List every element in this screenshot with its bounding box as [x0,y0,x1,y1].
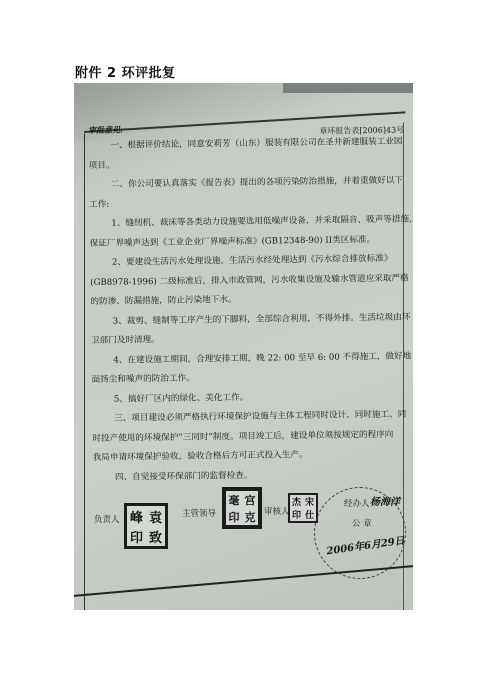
text-line: 三、项目建设必须严格执行环境保护设施与主体工程同时设计、同时施工、同 [92,410,406,424]
supervisor-seal: 毫 宫 印 克 [222,487,262,529]
responsible-label: 负责人 [94,513,120,525]
official-seal-text: 公 章 [352,517,372,529]
text-line: 时投产使用的环境保护“三同时”制度。项目竣工后，建设单位须按规定的程序向 [92,429,393,443]
text-line: 二、你公司要认真落实《报告表》提出的各项污染防治措施，并着重做好以下 [89,176,403,190]
handler-label: 经办人 [344,497,370,509]
reviewer-seal: 杰 宋 印 仕 [288,493,318,523]
text-line: 5、搞好厂区内的绿化、美化工作。 [92,392,248,404]
document-photo: 审批意见: 一、根据评价结论，同意安莉芳（山东）服装有限公司在圣井新建服装工业园… [74,83,413,610]
text-line: 我局申请环境保护验收，验收合格后方可正式投入生产。 [93,450,308,463]
attachment-heading: 附件 2 环评批复 [75,62,176,81]
section-label: 审批意见: [88,125,123,135]
responsible-seal: 峰 袁 印 致 [124,503,168,549]
handler-signature: 杨海洋 [370,493,400,508]
text-line: 项目。 [89,160,115,170]
text-line: 四、自觉接受环保部门的监督检查。 [93,470,253,482]
reviewer-label: 审核人 [264,505,290,517]
text-line: 2、要建设生活污水处理设施，生活污水经处理达到《污水综合排放标准》 [90,254,393,268]
document-number: 章环报告表[2006]43号 [319,121,404,142]
supervisor-label: 主管领导 [182,507,216,519]
text-line: 卫部门及时清理。 [91,335,160,346]
text-line: 3、裁剪、缝制等工序产生的下脚料，全部综合利用，不得外排。生活垃圾由环 [91,312,411,326]
text-line: 1、缝纫机、裁床等各类动力设施要选用低噪声设备，并采取隔音、吸声等措施， [89,214,413,229]
photo-top-band [283,83,413,93]
text-line: 面扬尘和噪声的防治工作。 [92,374,195,385]
text-line: 工作: [89,199,109,209]
text-line: 保证厂界噪声达到《工业企业厂界噪声标准》(GB12348-90) II类区标准。 [90,235,376,249]
text-line: (GB8978-1996) 二级标准后，排入市政管网，污水收集设施及输水管道应采… [90,273,409,287]
approval-content: 审批意见: 一、根据评价结论，同意安莉芳（山东）服装有限公司在圣井新建服装工业园… [88,119,413,488]
signature-area: 负责人 峰 袁 印 致 主管领导 毫 宫 印 克 审核人 杰 宋 印 仕 经办人… [74,493,413,583]
text-line: 4、在建设施工期间，合理安排工期，晚 22: 00 至早 6: 00 不得施工，… [91,351,411,365]
text-line: 的防渗、防漏措施，防止污染地下水。 [90,295,236,307]
